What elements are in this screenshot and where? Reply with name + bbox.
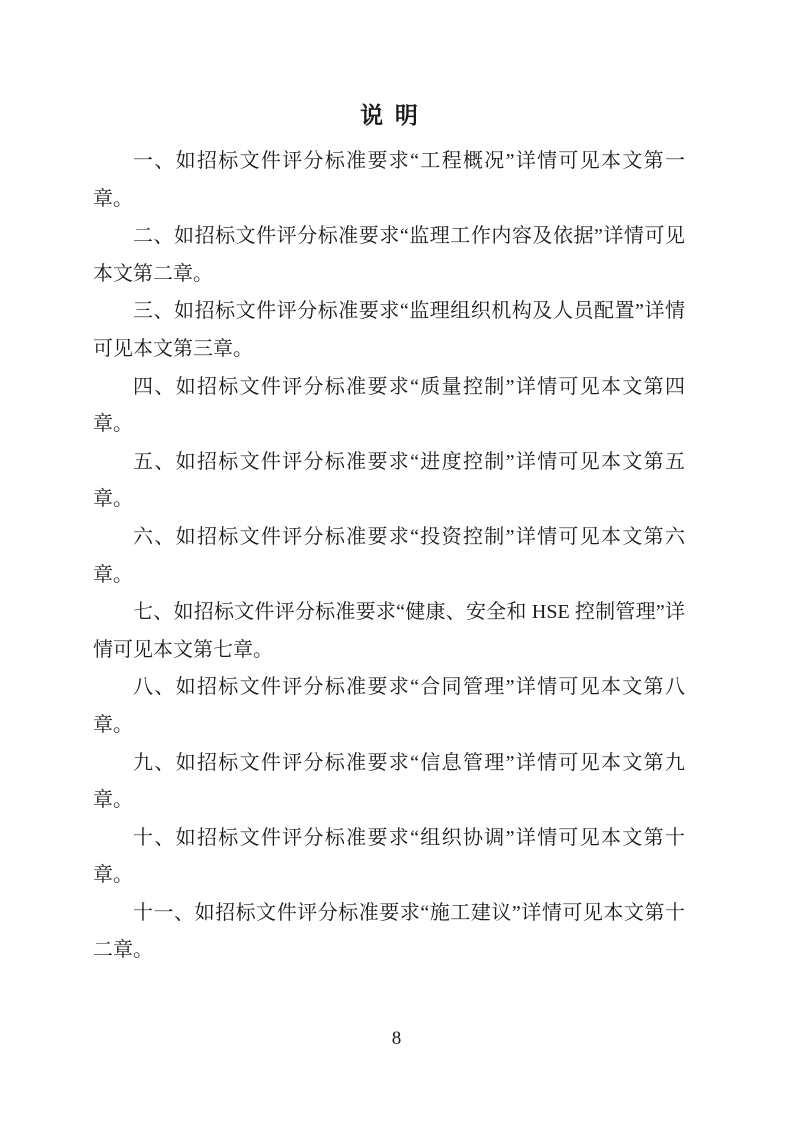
paragraph: 四、如招标文件评分标准要求“质量控制”详情可见本文第四章。 (93, 369, 685, 444)
paragraph: 七、如招标文件评分标准要求“健康、安全和 HSE 控制管理”详情可见本文第七章。 (93, 594, 685, 669)
paragraph: 二、如招标文件评分标准要求“监理工作内容及依据”详情可见本文第二章。 (93, 218, 685, 293)
paragraph: 十、如招标文件评分标准要求“组织协调”详情可见本文第十章。 (93, 820, 685, 895)
page-content: 说 明 一、如招标文件评分标准要求“工程概况”详情可见本文第一章。 二、如招标文… (93, 101, 685, 970)
paragraph: 六、如招标文件评分标准要求“投资控制”详情可见本文第六章。 (93, 519, 685, 594)
paragraph: 五、如招标文件评分标准要求“进度控制”详情可见本文第五章。 (93, 444, 685, 519)
paragraph: 十一、如招标文件评分标准要求“施工建议”详情可见本文第十二章。 (93, 895, 685, 970)
paragraph: 八、如招标文件评分标准要求“合同管理”详情可见本文第八章。 (93, 669, 685, 744)
paragraph: 一、如招标文件评分标准要求“工程概况”详情可见本文第一章。 (93, 143, 685, 218)
page-number: 8 (0, 1026, 793, 1052)
paragraph: 三、如招标文件评分标准要求“监理组织机构及人员配置”详情可见本文第三章。 (93, 293, 685, 368)
paragraph: 九、如招标文件评分标准要求“信息管理”详情可见本文第九章。 (93, 745, 685, 820)
document-title: 说 明 (93, 101, 685, 131)
document-page: 说 明 一、如招标文件评分标准要求“工程概况”详情可见本文第一章。 二、如招标文… (0, 0, 793, 1122)
